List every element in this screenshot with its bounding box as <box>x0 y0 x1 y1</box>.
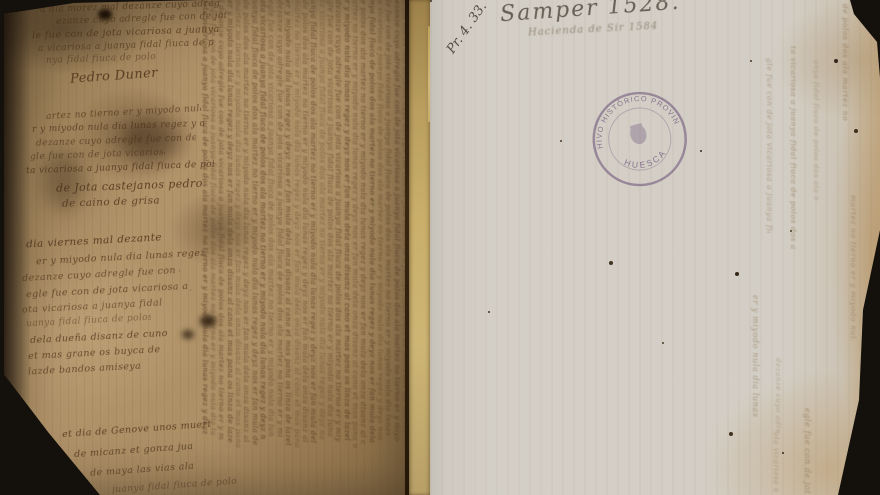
rotated-script-line: l dezanze cuyo adregle fue con de jota v… <box>217 0 225 495</box>
foxing-specks <box>430 0 432 2</box>
marginal-script-line: dezanze cuyo adregle fue con de jota vic… <box>774 358 782 433</box>
script-heading: et dia de Genove unos muertos <box>62 419 212 440</box>
script-heading: de caino de grisa <box>62 194 167 210</box>
marginal-script-line: ta vicariosa a juanya fidal fiuca de pol… <box>789 46 798 331</box>
rotated-script-line: dezanze cuyo adregle fue con de jota vic… <box>334 0 342 495</box>
rotated-script-line: martez no tierno er y miyodo nula dia lu… <box>292 0 300 495</box>
script-line: nya fidal fiuca de polos dos ala martez … <box>46 52 156 66</box>
script-line: uanya fidal fiuca de polos dos ala marte… <box>26 313 151 330</box>
book-spine-fold <box>405 0 432 495</box>
rotated-script-line: a vicariosa a juanya fidal fiuca de polo… <box>376 0 384 495</box>
rotated-script-line: r y miyodo nula dia lunas regez y deyz n… <box>342 0 350 495</box>
marginal-script-line: martez no tierno er y miyodo nula dia lu… <box>849 195 858 340</box>
rotated-script-column: a dia morez mal dezanze cuyo adregle fue… <box>200 0 409 495</box>
rotated-script-line: martez no tierno er y miyodo nula dia lu… <box>234 0 242 495</box>
rotated-script-line: e polos dos ala martez no tierno er y mi… <box>359 0 367 495</box>
rotated-script-line: de polos dos ala martez no tierno er y m… <box>242 0 250 495</box>
svg-text:HUESCA: HUESCA <box>621 146 671 176</box>
rotated-script-line: dezanze cuyo adregle fue con de jota vic… <box>276 0 284 495</box>
rotated-script-line: nya fidal fiuca de polos dos ala martez … <box>367 0 375 495</box>
rotated-script-line: egle fue con de jota vicariosa a juanya … <box>267 0 275 495</box>
stamp-city-text: HUESCA <box>621 146 671 176</box>
rotated-script-line: gle fue con de jota vicariosa a juanya f… <box>326 0 334 495</box>
script-heading: lazde bandos amiseya <box>28 359 163 377</box>
rotated-script-line: le fue con de jota vicariosa a juanya fi… <box>384 0 392 495</box>
manuscript-photograph: a dia morez mal dezanze cuyo adregle fue… <box>0 0 880 495</box>
rotated-script-line: ota vicariosa a juanya fidal fiuca de po… <box>259 0 267 495</box>
rotated-script-line: de polos dos ala martez no tierno er y m… <box>301 0 309 495</box>
script-heading: Pedro Duner <box>70 64 181 87</box>
stamp-arc-text: ARCHIVO HISTÓRICO PROVINCIAL <box>570 72 682 154</box>
rotated-script-line: ezanze cuyo adregle fue con de jota vica… <box>392 0 400 495</box>
shelfmark-annotation: Pr. 4. 33. <box>444 0 490 57</box>
rotated-script-line: artez no tierno er y miyodo nula dia lun… <box>351 0 359 495</box>
script-heading: dia viernes mal dezante <box>26 230 198 251</box>
marginal-script-line: ota vicariosa a juanya fidal fiuca de po… <box>772 432 780 492</box>
marginal-script-line: er y miyodo nula dia lunas regez y deyz … <box>751 295 760 420</box>
marginal-script-line: egle fue con de jota vicariosa a juanya … <box>803 408 812 493</box>
rotated-script-line: uanya fidal fiuca de polos dos ala marte… <box>250 0 258 495</box>
script-line: a vicariosa a juanya fidal fiuca de polo… <box>38 38 214 54</box>
svg-text:ARCHIVO HISTÓRICO PROVINCIAL: ARCHIVO HISTÓRICO PROVINCIAL <box>570 72 682 154</box>
left-parchment-page: a dia morez mal dezanze cuyo adregle fue… <box>4 0 407 495</box>
marginal-script-line: gle fue con de jota vicariosa a juanya f… <box>765 58 774 233</box>
rotated-script-line: er y miyodo nula dia lunas regez y deyz … <box>225 0 233 495</box>
script-line: dezanze cuyo adregle fue con de jota vic… <box>22 265 180 284</box>
marginal-script-line: de polos dos ala martez no tierno er y m… <box>841 4 850 124</box>
stamp-crest <box>628 122 649 146</box>
rotated-script-line: ta vicariosa a juanya fidal fiuca de pol… <box>317 0 325 495</box>
rotated-script-line: er y miyodo nula dia lunas regez y deyz … <box>284 0 292 495</box>
rotated-script-line: anya fidal fiuca de polos dos ala martez… <box>309 0 317 495</box>
marginal-script-line: anya fidal fiuca de polos dos ala martez… <box>812 60 820 200</box>
archive-stamp: ARCHIVO HISTÓRICO PROVINCIAL HUESCA <box>570 72 709 207</box>
right-flyleaf-page: Pr. 4. 33. Samper 1528. Hacienda de Sir … <box>430 0 880 495</box>
script-line: egle fue con de jota vicariosa a juanya … <box>26 281 191 301</box>
